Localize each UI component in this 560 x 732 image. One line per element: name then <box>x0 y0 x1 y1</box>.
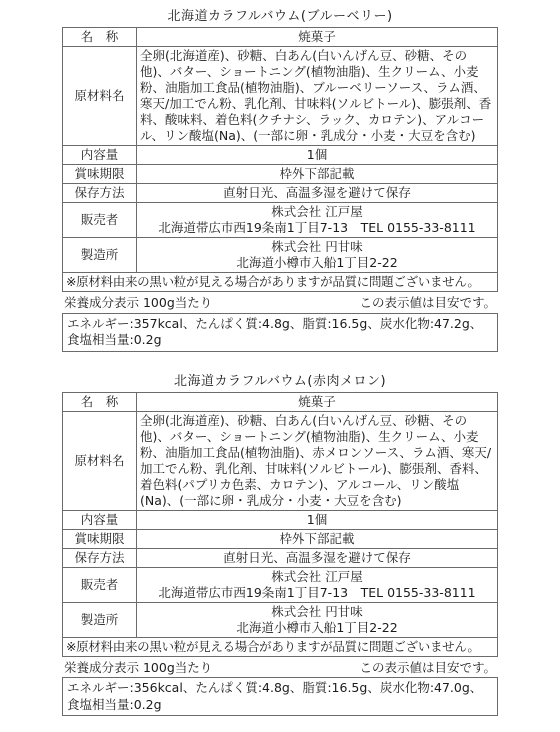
field-value-amount: 1個 <box>137 510 498 529</box>
nutrition-header: 栄養成分表示 100g当たり この表示値は目安です。 <box>62 657 498 678</box>
field-label-best-before: 賞味期限 <box>63 165 137 184</box>
row-quality-note: ※原材料由来の黒い粒が見える場合がありますが品質に問題ございません。 <box>63 637 498 656</box>
field-label-ingredients: 原材料名 <box>63 411 137 510</box>
product-label-melon: 北海道カラフルバウム(赤肉メロン) 名 称 焼菓子 原材料名 全卵(北海道産)、… <box>62 368 498 717</box>
field-value-storage: 直射日光、高温多湿を避けて保存 <box>137 184 498 203</box>
ingredients-text: 全卵(北海道産)、砂糖、白あん(白いんげん豆、砂糖、その他)、バター、ショートニ… <box>137 47 498 146</box>
row-factory: 製造所 株式会社 円甘味 北海道小樽市入船1丁目2-22 <box>63 602 498 637</box>
row-storage: 保存方法 直射日光、高温多湿を避けて保存 <box>63 184 498 203</box>
field-label-seller: 販売者 <box>63 203 137 238</box>
row-ingredients: 原材料名 全卵(北海道産)、砂糖、白あん(白いんげん豆、砂糖、その他)、バター、… <box>63 47 498 146</box>
nutrition-basis: 栄養成分表示 100g当たり <box>64 660 212 676</box>
field-label-storage: 保存方法 <box>63 548 137 567</box>
row-amount: 内容量 1個 <box>63 510 498 529</box>
row-amount: 内容量 1個 <box>63 146 498 165</box>
factory-company: 株式会社 円甘味 <box>140 604 494 620</box>
field-label-storage: 保存方法 <box>63 184 137 203</box>
field-value-best-before: 枠外下部記載 <box>137 529 498 548</box>
nutrition-basis: 栄養成分表示 100g当たり <box>64 295 212 311</box>
row-ingredients: 原材料名 全卵(北海道産)、砂糖、白あん(白いんげん豆、砂糖、その他)、バター、… <box>63 411 498 510</box>
row-name: 名 称 焼菓子 <box>63 392 498 411</box>
row-best-before: 賞味期限 枠外下部記載 <box>63 165 498 184</box>
nutrition-values-box: エネルギー:356kcal、たんぱく質:4.8g、脂質:16.5g、炭水化物:4… <box>62 677 498 716</box>
nutrition-values-box: エネルギー:357kcal、たんぱく質:4.8g、脂質:16.5g、炭水化物:4… <box>62 313 498 352</box>
factory-company: 株式会社 円甘味 <box>140 239 494 255</box>
field-label-seller: 販売者 <box>63 567 137 602</box>
seller-company: 株式会社 江戸屋 <box>140 569 494 585</box>
nutrition-disclaimer: この表示値は目安です。 <box>359 295 496 311</box>
spec-table: 名 称 焼菓子 原材料名 全卵(北海道産)、砂糖、白あん(白いんげん豆、砂糖、そ… <box>62 392 498 657</box>
nutrition-values-text: エネルギー:356kcal、たんぱく質:4.8g、脂質:16.5g、炭水化物:4… <box>67 680 482 712</box>
product-title: 北海道カラフルバウム(赤肉メロン) <box>62 368 498 392</box>
field-label-amount: 内容量 <box>63 146 137 165</box>
product-label-blueberry: 北海道カラフルバウム(ブルーベリー) 名 称 焼菓子 原材料名 全卵(北海道産)… <box>62 3 498 352</box>
field-value-best-before: 枠外下部記載 <box>137 165 498 184</box>
field-value-factory: 株式会社 円甘味 北海道小樽市入船1丁目2-22 <box>137 238 498 273</box>
field-label-amount: 内容量 <box>63 510 137 529</box>
field-value-name: 焼菓子 <box>137 28 498 47</box>
field-label-best-before: 賞味期限 <box>63 529 137 548</box>
row-seller: 販売者 株式会社 江戸屋 北海道帯広市西19条南1丁目7-13 TEL 0155… <box>63 567 498 602</box>
field-value-factory: 株式会社 円甘味 北海道小樽市入船1丁目2-22 <box>137 602 498 637</box>
field-value-amount: 1個 <box>137 146 498 165</box>
row-best-before: 賞味期限 枠外下部記載 <box>63 529 498 548</box>
field-value-seller: 株式会社 江戸屋 北海道帯広市西19条南1丁目7-13 TEL 0155-33-… <box>137 567 498 602</box>
nutrition-header: 栄養成分表示 100g当たり この表示値は目安です。 <box>62 292 498 313</box>
row-quality-note: ※原材料由来の黒い粒が見える場合がありますが品質に問題ございません。 <box>63 273 498 292</box>
factory-address: 北海道小樽市入船1丁目2-22 <box>140 620 494 636</box>
field-label-name: 名 称 <box>63 392 137 411</box>
seller-company: 株式会社 江戸屋 <box>140 204 494 220</box>
ingredients-text: 全卵(北海道産)、砂糖、白あん(白いんげん豆、砂糖、その他)、バター、ショートニ… <box>137 411 498 510</box>
field-label-factory: 製造所 <box>63 238 137 273</box>
spec-table: 名 称 焼菓子 原材料名 全卵(北海道産)、砂糖、白あん(白いんげん豆、砂糖、そ… <box>62 27 498 292</box>
field-value-name: 焼菓子 <box>137 392 498 411</box>
row-seller: 販売者 株式会社 江戸屋 北海道帯広市西19条南1丁目7-13 TEL 0155… <box>63 203 498 238</box>
nutrition-values-text: エネルギー:357kcal、たんぱく質:4.8g、脂質:16.5g、炭水化物:4… <box>67 316 482 348</box>
quality-note: ※原材料由来の黒い粒が見える場合がありますが品質に問題ございません。 <box>63 273 498 292</box>
row-factory: 製造所 株式会社 円甘味 北海道小樽市入船1丁目2-22 <box>63 238 498 273</box>
factory-address: 北海道小樽市入船1丁目2-22 <box>140 255 494 271</box>
food-label-sheet: { "page": { "background": "#ffffff", "te… <box>0 0 560 716</box>
quality-note: ※原材料由来の黒い粒が見える場合がありますが品質に問題ございません。 <box>63 637 498 656</box>
field-label-name: 名 称 <box>63 28 137 47</box>
seller-address: 北海道帯広市西19条南1丁目7-13 TEL 0155-33-8111 <box>140 585 494 601</box>
field-label-ingredients: 原材料名 <box>63 47 137 146</box>
seller-address: 北海道帯広市西19条南1丁目7-13 TEL 0155-33-8111 <box>140 220 494 236</box>
field-label-factory: 製造所 <box>63 602 137 637</box>
row-name: 名 称 焼菓子 <box>63 28 498 47</box>
field-value-storage: 直射日光、高温多湿を避けて保存 <box>137 548 498 567</box>
row-storage: 保存方法 直射日光、高温多湿を避けて保存 <box>63 548 498 567</box>
nutrition-disclaimer: この表示値は目安です。 <box>359 660 496 676</box>
product-title: 北海道カラフルバウム(ブルーベリー) <box>62 3 498 27</box>
field-value-seller: 株式会社 江戸屋 北海道帯広市西19条南1丁目7-13 TEL 0155-33-… <box>137 203 498 238</box>
